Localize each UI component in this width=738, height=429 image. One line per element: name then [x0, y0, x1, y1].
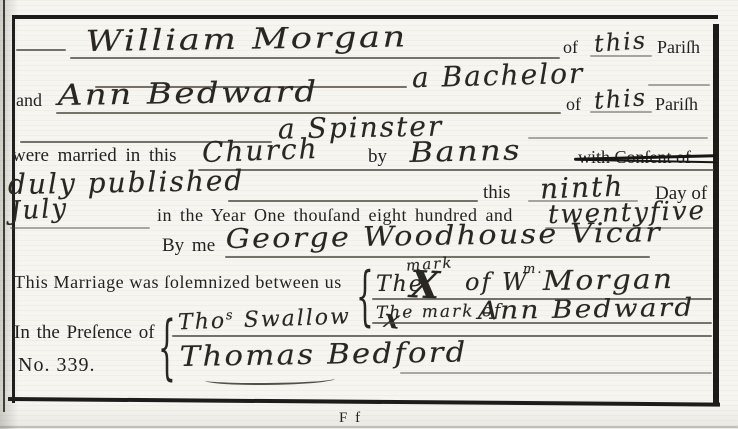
baseline-rule-7a: [10, 227, 150, 229]
groom-condition: a Bachelor: [412, 57, 585, 95]
groom-mark-x: X: [409, 261, 443, 308]
lead-in-dash: [16, 49, 66, 51]
witness1-superscript: s: [226, 308, 235, 323]
parish-label-bride: Pariſh: [655, 94, 698, 115]
outer-left-edge-line: [3, 0, 5, 412]
marriage-register-scan: William Morgan of this Pariſh a Bachelor…: [0, 0, 738, 429]
by-me-label: By me: [162, 235, 215, 257]
groom-name: William Morgan: [85, 19, 408, 58]
bride-name: Ann Bedward: [57, 74, 319, 112]
struck-consent-text: with Conſent of: [578, 147, 691, 168]
by-label: by: [368, 146, 387, 168]
baseline-rule-6a: [228, 200, 478, 202]
baseline-rule-10b: [400, 372, 712, 374]
solemnized-printed-text: This Marriage was ſolemnized between us: [14, 272, 342, 293]
frame-bottom-rule: [8, 397, 720, 407]
groom-mark-surname: Morgan: [542, 264, 674, 297]
witness1-name: Swallow: [243, 304, 351, 333]
witness1-lead: Tho: [178, 309, 227, 336]
frame-top-rule: [12, 15, 718, 19]
groom-parish-handwritten: this: [593, 26, 648, 58]
baseline-rule-4b: [528, 137, 708, 139]
baseline-rule-9b: [372, 322, 712, 324]
bottom-scan-streak: [0, 426, 738, 428]
conjunction-label: and: [16, 90, 42, 111]
month-name: July: [9, 193, 69, 226]
catchword: F f: [339, 410, 362, 427]
witness2-flourish: [205, 374, 335, 385]
of-label-bride: of: [566, 94, 581, 115]
presence-brace: {: [158, 306, 176, 389]
bride-mark-name: Ann Bedward: [477, 293, 694, 325]
baseline-rule-3b: [590, 111, 652, 113]
groom-mark-superscript: m.: [523, 262, 543, 277]
presence-printed-text: In the Preſence of: [14, 322, 155, 344]
baseline-rule-1: [70, 57, 560, 59]
marriage-method: Banns: [409, 133, 522, 169]
of-label-groom: of: [563, 37, 578, 58]
groom-mark-of-w: of W: [465, 268, 529, 296]
officiant-signature: George Woodhouse Vicar: [225, 217, 662, 255]
bride-mark-x: x: [382, 304, 404, 336]
baseline-rule-1b: [590, 55, 652, 57]
witness1-signature: Thos Swallow: [178, 304, 352, 335]
baseline-rule-5: [198, 169, 714, 171]
this-label: this: [483, 182, 510, 204]
married-printed-text: were married in this: [12, 145, 176, 167]
baseline-rule-2b: [648, 84, 710, 86]
frame-right-rule: [713, 24, 719, 404]
entry-number: No. 339.: [18, 354, 95, 377]
witness2-signature: Thomas Bedford: [179, 335, 467, 373]
parish-label-groom: Pariſh: [657, 37, 700, 58]
